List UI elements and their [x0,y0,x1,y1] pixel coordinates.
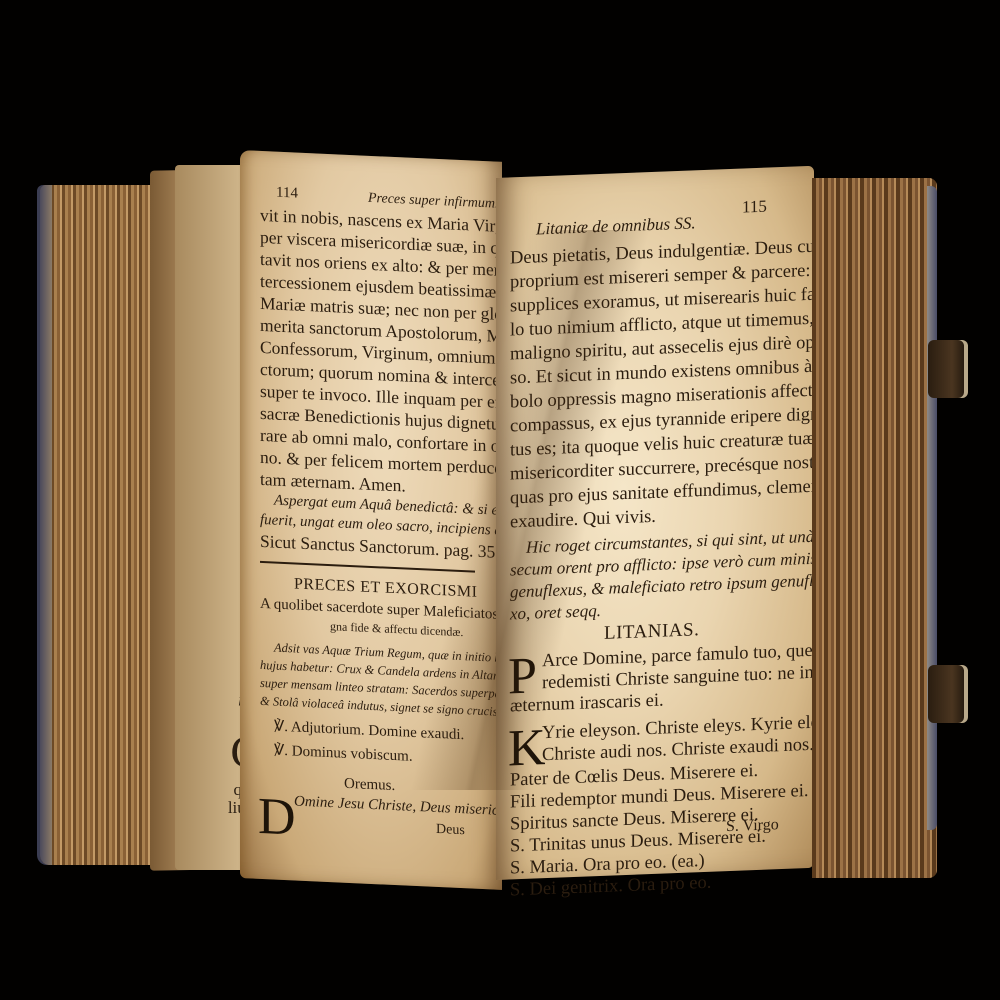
invocation: S. Dei genitrix. Ora pro eo. [510,874,711,900]
section-title: PRECES ET EXORCISMI [294,576,477,600]
dropcap-d: D [258,787,296,848]
page-number: 114 [276,186,298,202]
catchword: Deus [436,823,465,838]
book-right-fore-edge [812,178,937,878]
running-head: Preces super infirmum. [368,192,499,212]
clasp-upper [928,340,968,398]
catchword: S. Virgo [726,817,779,835]
body-line: exaudire. Qui vivis. [510,508,656,532]
section-subtitle: A quolibet sacerdote super Maleficiatos … [260,597,525,624]
versicle: ℣. Dominus vobiscum. [274,744,413,765]
oremus: Oremus. [344,777,395,794]
section-rule [260,561,475,573]
versicle: ℣. Adjutorium. Domine exaudi. [274,720,464,744]
page-114: 114 Preces super infirmum. vit in nobis,… [240,150,502,890]
body-line: tam æternam. Amen. [260,471,406,495]
page-115: Litaniæ de omnibus SS. 115 Deus pietatis… [496,166,814,880]
running-head: Litaniæ de omnibus SS. [536,214,696,237]
page-number: 115 [742,198,767,216]
rubric-line: xo, oret seqq. [510,602,601,622]
section-subtitle: gna fide & affectu dicendæ. [330,620,463,638]
litany-line: æternum irascaris ei. [510,692,664,716]
section-title: LITANIAS. [604,620,699,643]
photo-background: re d fa d ar m re o fa S B Se san libr v… [0,0,1000,1000]
clasp-lower [928,665,968,723]
